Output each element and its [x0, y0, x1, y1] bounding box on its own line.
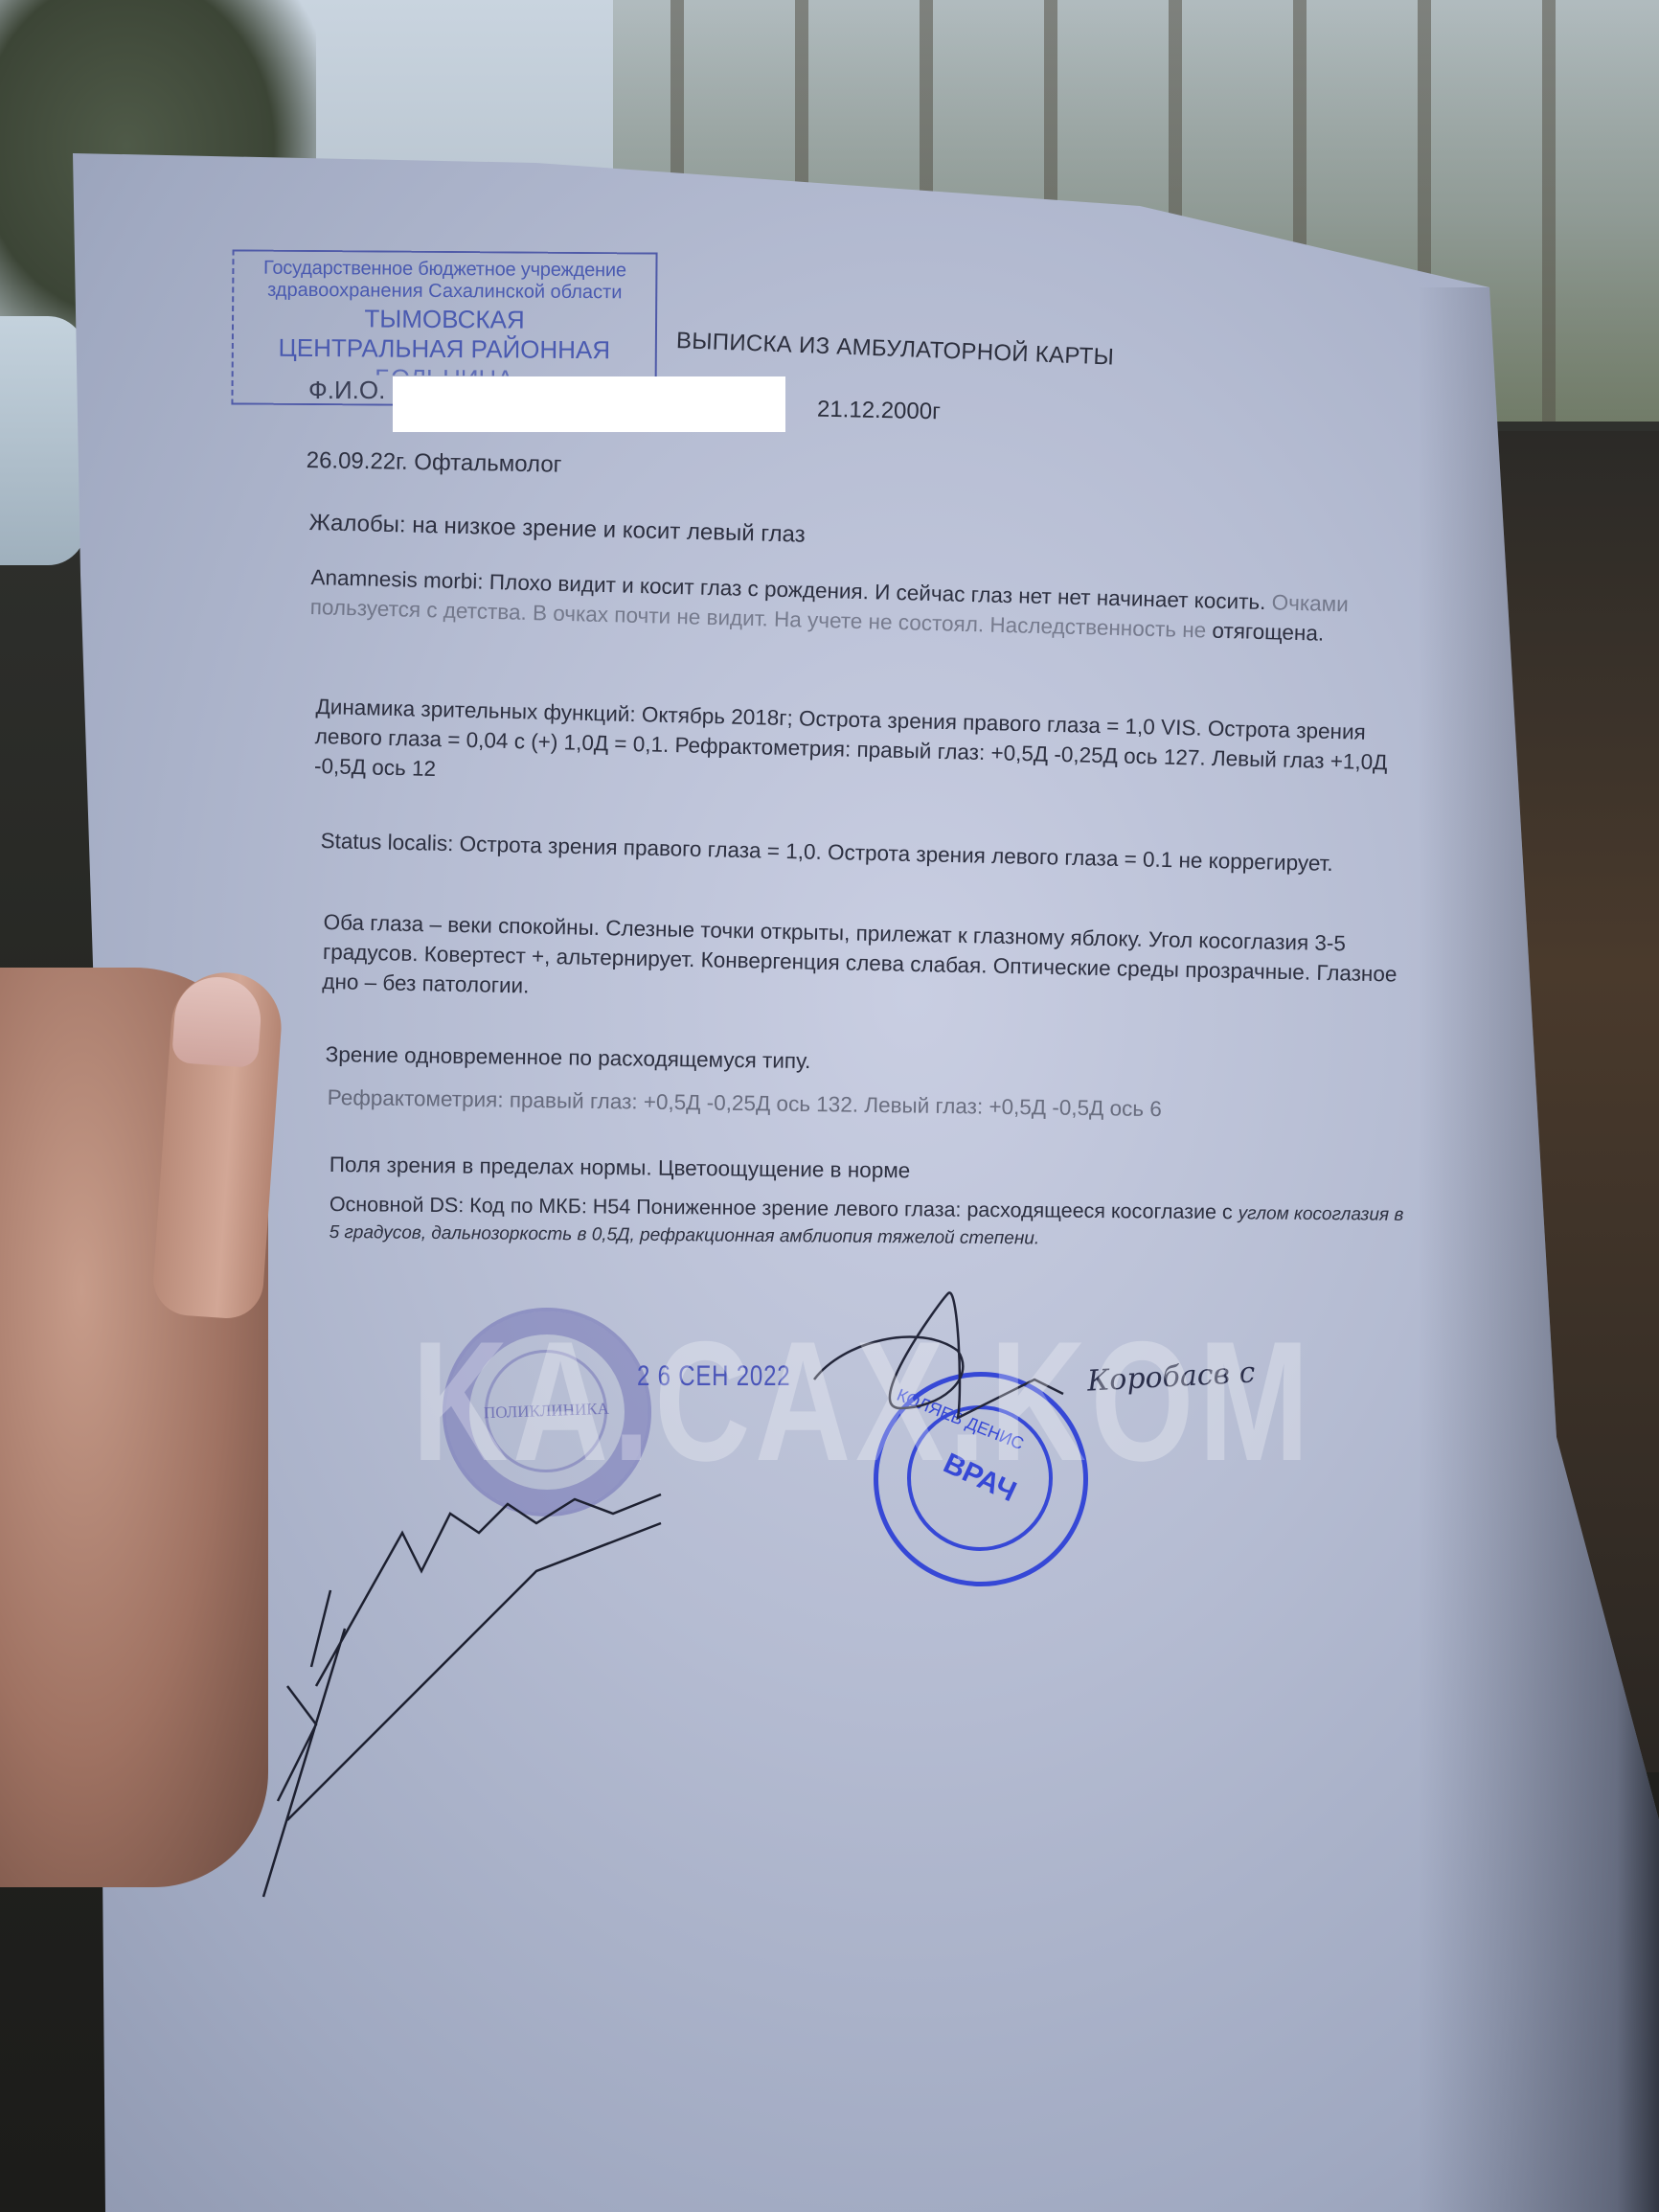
stamp-line: здравоохранения Сахалинской области: [234, 279, 655, 304]
stamp-line: Государственное бюджетное учреждение: [234, 257, 655, 282]
document-title: ВЫПИСКА ИЗ АМБУЛАТОРНОЙ КАРТЫ: [675, 328, 1114, 372]
patient-signature-icon: [263, 1494, 661, 1897]
anamnesis: Anamnesis morbi: Плохо видит и косит гла…: [309, 562, 1393, 650]
status-localis: Status localis: Острота зрения правого г…: [320, 826, 1335, 878]
redacted-name: [393, 376, 785, 432]
watermark: KA.CAX.KOM: [412, 1303, 1314, 1499]
both-eyes-exam: Оба глаза – веки спокойны. Слезные точки…: [322, 907, 1435, 1019]
diagnosis: Основной DS: Код по МКБ: H54 Пониженное …: [330, 1192, 1412, 1255]
complaints: Жалобы: на низкое зрение и косит левый г…: [308, 508, 806, 550]
diagnosis-main: Основной DS: Код по МКБ: H54 Пониженное …: [330, 1193, 1233, 1223]
stamp-line: БОЛЬНИЦА: [234, 362, 655, 376]
vision-dynamics: Динамика зрительных функций: Октябрь 201…: [314, 692, 1418, 808]
refractometry: Рефрактометрия: правый глаз: +0,5Д -0,25…: [328, 1083, 1162, 1124]
stamp-line: ЦЕНТРАЛЬНАЯ РАЙОННАЯ: [234, 332, 655, 365]
stamp-line: ТЫМОВСКАЯ: [234, 303, 655, 335]
fio-label: Ф.И.О.: [308, 376, 385, 405]
birth-date: 21.12.2000г: [817, 397, 941, 426]
visit-line: 26.09.22г. Офтальмолог: [306, 445, 561, 480]
vision-type: Зрение одновременное по расходящемуся ти…: [326, 1039, 811, 1076]
visual-fields: Поля зрения в пределах нормы. Цветоощуще…: [330, 1150, 911, 1185]
anamnesis-end: отягощена.: [1212, 619, 1324, 646]
